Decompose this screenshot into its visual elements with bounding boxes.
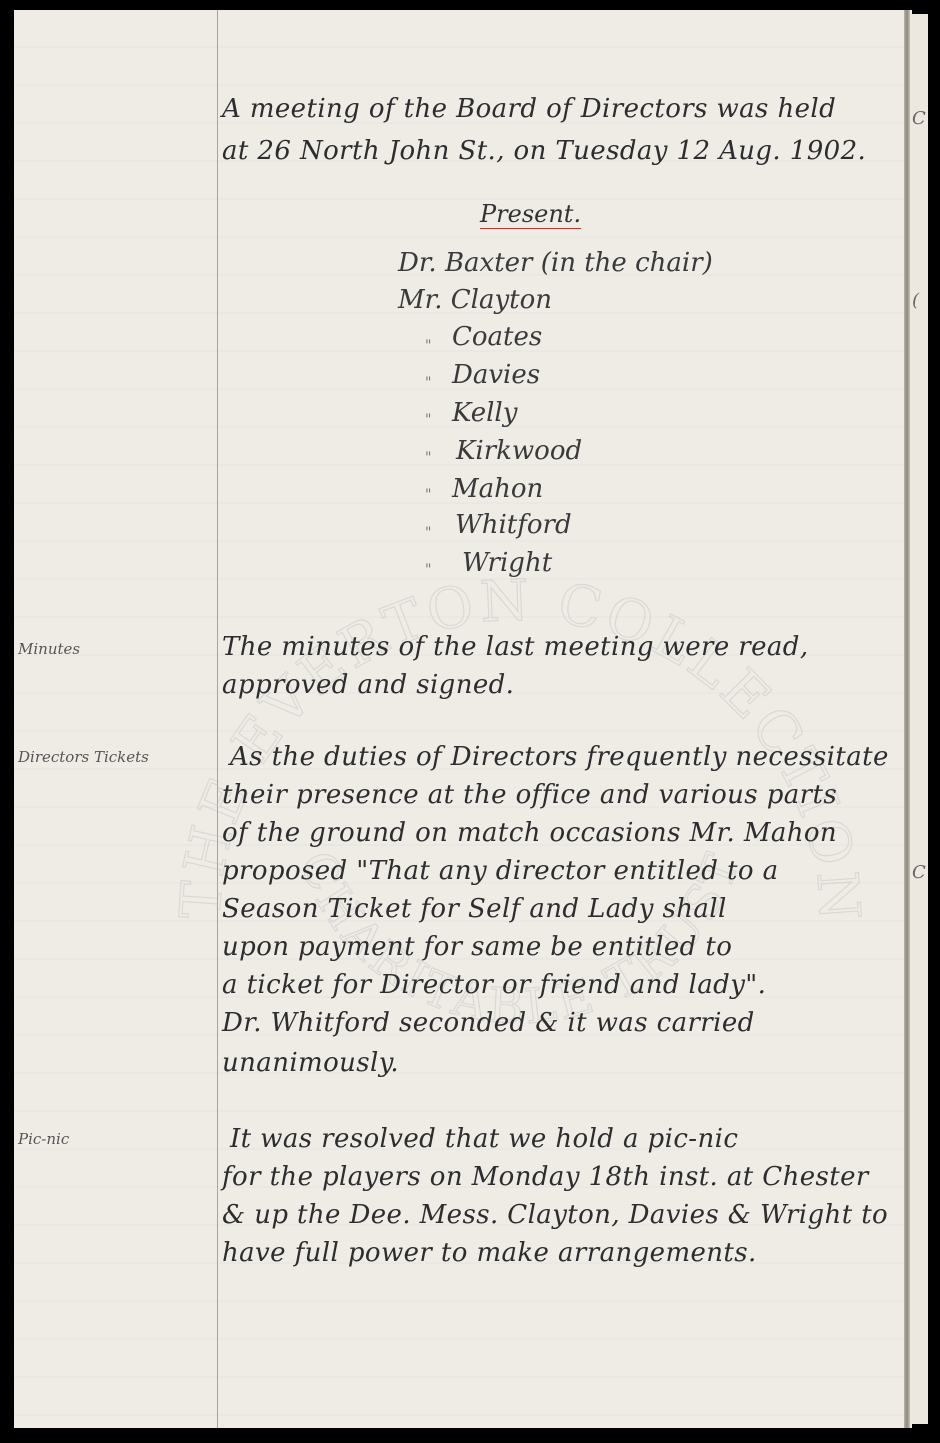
ditto-mark: " — [425, 375, 431, 391]
picnic-line-2: for the players on Monday 18th inst. at … — [222, 1162, 869, 1192]
picnic-line-3: & up the Dee. Mess. Clayton, Davies & Wr… — [222, 1200, 888, 1230]
ditto-mark: " — [425, 525, 431, 541]
ditto-mark: " — [425, 450, 431, 466]
margin-rule — [217, 10, 218, 1428]
margin-label-directors-tickets: Directors Tickets — [18, 748, 149, 766]
margin-label-minutes: Minutes — [18, 640, 80, 658]
directors-tickets-line-5: Season Ticket for Self and Lady shall — [222, 894, 727, 924]
picnic-line-4: have full power to make arrangements. — [222, 1238, 757, 1268]
present-heading: Present. — [480, 200, 581, 229]
margin-label-picnic: Pic-nic — [18, 1130, 69, 1148]
directors-tickets-line-3: of the ground on match occasions Mr. Mah… — [222, 818, 837, 848]
picnic-line-1: It was resolved that we hold a pic-nic — [230, 1124, 738, 1154]
minutes-line-2: approved and signed. — [222, 670, 514, 700]
directors-tickets-line-9: unanimously. — [222, 1048, 399, 1078]
minutes-line-1: The minutes of the last meeting were rea… — [222, 632, 809, 662]
next-page-edge — [910, 14, 928, 1424]
ditto-mark: " — [425, 562, 431, 578]
directors-tickets-line-8: Dr. Whitford seconded & it was carried — [222, 1008, 755, 1038]
next-page-mark: ( — [912, 290, 919, 311]
next-page-mark: C — [912, 108, 926, 129]
attendee-name: Coates — [452, 322, 542, 352]
attendee: Mr. Clayton — [398, 285, 552, 315]
attendee-name: Mahon — [452, 474, 543, 504]
ditto-mark: " — [425, 338, 431, 354]
attendee-name: Clayton — [451, 285, 552, 315]
meeting-heading-line-1: A meeting of the Board of Directors was … — [222, 94, 836, 124]
ditto-mark: " — [425, 412, 431, 428]
attendee-name: Kelly — [452, 398, 517, 428]
attendee-name: Davies — [452, 360, 540, 390]
attendee-name: Baxter (in the chair) — [445, 248, 713, 278]
directors-tickets-line-6: upon payment for same be entitled to — [222, 932, 732, 962]
attendee: Dr. Baxter (in the chair) — [398, 248, 713, 278]
next-page-mark: C — [912, 862, 926, 883]
attendee-name: Wright — [462, 548, 552, 578]
attendee-prefix: Dr. — [398, 248, 437, 278]
attendee-prefix: Mr. — [398, 285, 442, 315]
directors-tickets-line-1: As the duties of Directors frequently ne… — [230, 742, 889, 772]
directors-tickets-line-2: their presence at the office and various… — [222, 780, 837, 810]
meeting-heading-line-2: at 26 North John St., on Tuesday 12 Aug.… — [222, 136, 866, 166]
ditto-mark: " — [425, 487, 431, 503]
directors-tickets-line-7: a ticket for Director or friend and lady… — [222, 970, 766, 1000]
attendee-name: Whitford — [455, 510, 572, 540]
attendee-name: Kirkwood — [456, 436, 582, 466]
directors-tickets-line-4: proposed "That any director entitled to … — [222, 856, 778, 886]
